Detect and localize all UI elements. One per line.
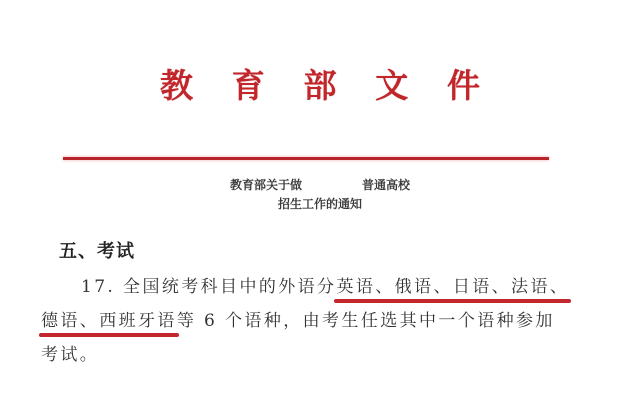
line2-rest: 等 6 个语种，由考生任选其中一个语种参加 xyxy=(177,311,555,331)
paragraph-line-3: 考试。 xyxy=(41,338,601,372)
masthead-char: 件 xyxy=(447,66,480,106)
line1-prefix: 17. 全国统考科目中的外语分 xyxy=(81,277,336,297)
masthead-char: 文 xyxy=(375,66,408,106)
masthead-title: 教 育 部 文 件 xyxy=(160,66,480,106)
paragraph-line-2: 德语、西班牙语等 6 个语种，由考生任选其中一个语种参加 xyxy=(41,304,601,338)
body-paragraph: 17. 全国统考科目中的外语分英语、俄语、日语、法语、 德语、西班牙语等 6 个… xyxy=(41,270,601,372)
masthead-char: 教 xyxy=(160,66,193,106)
document-subtitle: 教育部关于做普通高校 招生工作的通知 xyxy=(200,176,440,214)
masthead-char: 部 xyxy=(304,66,337,106)
section-heading: 五、考试 xyxy=(59,237,135,263)
subtitle-text-after: 普通高校 xyxy=(362,178,410,192)
underlined-languages-1: 英语、俄语、日语、法语、 xyxy=(336,277,569,297)
subtitle-line-1: 教育部关于做普通高校 xyxy=(200,176,440,195)
subtitle-line-2: 招生工作的通知 xyxy=(200,195,440,214)
red-divider-rule xyxy=(63,157,549,160)
paragraph-line-1: 17. 全国统考科目中的外语分英语、俄语、日语、法语、 xyxy=(41,270,601,304)
masthead-char: 育 xyxy=(232,66,265,106)
redacted-region xyxy=(302,180,362,192)
underlined-languages-2: 德语、西班牙语 xyxy=(41,311,177,331)
subtitle-text-before: 教育部关于做 xyxy=(230,178,302,192)
